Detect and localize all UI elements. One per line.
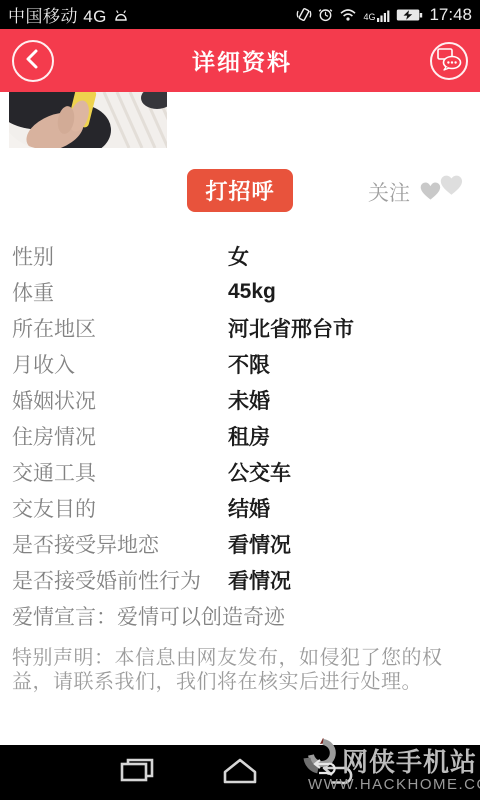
field-value: 未婚 [228,385,270,415]
field-row-purpose: 交友目的结婚 [12,490,468,526]
field-label: 交通工具 [12,457,228,487]
field-value: 河北省邢台市 [228,313,354,343]
field-row-declaration: 爱情宣言：爱情可以创造奇迹 [12,598,468,634]
clock-label: 17:48 [429,5,472,25]
field-label: 住房情况 [12,421,228,451]
field-value: 不限 [228,349,270,379]
alarm-icon [318,7,333,22]
field-label: 婚姻状况 [12,385,228,415]
signal-bars-icon: 4G [363,8,390,22]
home-button[interactable] [200,745,280,800]
field-value: 结婚 [228,493,270,523]
back-nav-icon [313,755,359,790]
chat-icon [435,46,463,75]
greet-button-label: 打招呼 [205,175,274,206]
field-value: 看情况 [228,565,291,595]
carrier-label: 中国移动 4G [8,2,107,27]
field-row-housing: 住房情况租房 [12,418,468,454]
field-label: 所在地区 [12,313,228,343]
recents-button[interactable] [97,745,177,800]
field-label: 性别 [12,241,228,271]
wifi-icon [339,8,357,21]
disclaimer-text: 特别声明：本信息由网友发布，如侵犯了您的权益，请联系我们，我们将在核实后进行处理… [12,646,470,694]
field-label: 是否接受异地恋 [12,529,228,559]
battery-charging-icon [396,8,423,22]
home-icon [218,756,262,789]
declaration-label: 爱情宣言： [12,601,117,631]
vibrate-icon [296,7,312,22]
field-value: 45kg [228,280,276,304]
android-icon [113,9,129,21]
follow-button[interactable]: 关注 [368,172,466,212]
hearts-icon [416,171,466,214]
profile-fields: 性别女 体重45kg 所在地区河北省邢台市 月收入不限 婚姻状况未婚 住房情况租… [12,238,468,634]
declaration-value: 爱情可以创造奇迹 [117,601,285,631]
field-label: 体重 [12,277,228,307]
field-row-transport: 交通工具公交车 [12,454,468,490]
follow-label: 关注 [368,177,410,207]
signal-4g-label: 4G [363,13,375,22]
nav-bar [0,745,480,800]
profile-photo[interactable] [9,92,167,148]
field-label: 月收入 [12,349,228,379]
field-label: 交友目的 [12,493,228,523]
chat-button[interactable] [430,42,468,80]
back-icon [22,47,44,74]
back-button[interactable] [12,40,54,82]
status-bar: 中国移动 4G 4G 17:48 [0,0,480,29]
field-row-marital: 婚姻状况未婚 [12,382,468,418]
field-label: 是否接受婚前性行为 [12,565,228,595]
app-header: 详细资料 [0,29,480,92]
greet-button[interactable]: 打招呼 [187,169,293,212]
field-value: 女 [228,241,249,271]
page-title: 详细资料 [192,44,292,77]
field-row-premarital: 是否接受婚前性行为看情况 [12,562,468,598]
field-row-gender: 性别女 [12,238,468,274]
field-value: 租房 [228,421,270,451]
field-row-long-distance: 是否接受异地恋看情况 [12,526,468,562]
field-value: 看情况 [228,529,291,559]
field-row-region: 所在地区河北省邢台市 [12,310,468,346]
field-row-weight: 体重45kg [12,274,468,310]
field-value: 公交车 [228,457,291,487]
recents-icon [116,756,158,789]
field-row-income: 月收入不限 [12,346,468,382]
screen: 中国移动 4G 4G 17:48 [0,0,480,800]
back-nav-button[interactable] [296,745,376,800]
